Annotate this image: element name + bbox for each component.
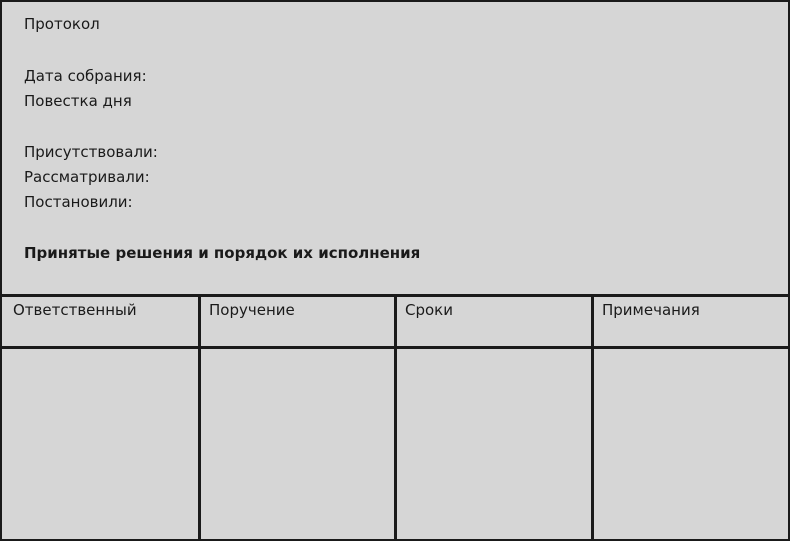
column-header-label: Поручение: [209, 300, 295, 320]
table-cell-assignment[interactable]: [201, 349, 394, 539]
column-header-responsible: Ответственный: [2, 297, 198, 349]
column-header-notes: Примечания: [591, 297, 788, 349]
column-divider: [591, 297, 594, 539]
document-title: Протокол: [24, 14, 100, 34]
column-header-label: Ответственный: [13, 300, 137, 320]
table-cell-deadline[interactable]: [397, 349, 591, 539]
table-cell-notes[interactable]: [594, 349, 788, 539]
field-attendees: Присутствовали:: [24, 142, 158, 162]
protocol-form: Протокол Дата собрания: Повестка дня При…: [0, 0, 790, 541]
field-resolved: Постановили:: [24, 192, 133, 212]
field-considered: Рассматривали:: [24, 167, 150, 187]
field-agenda: Повестка дня: [24, 91, 132, 111]
column-header-deadline: Сроки: [394, 297, 591, 349]
column-header-label: Сроки: [405, 300, 453, 320]
field-meeting-date: Дата собрания:: [24, 66, 147, 86]
protocol-header-block: Протокол Дата собрания: Повестка дня При…: [2, 2, 788, 297]
column-header-label: Примечания: [602, 300, 700, 320]
column-divider: [198, 297, 201, 539]
table-cell-responsible[interactable]: [2, 349, 198, 539]
section-heading: Принятые решения и порядок их исполнения: [24, 243, 420, 263]
column-divider: [394, 297, 397, 539]
column-header-assignment: Поручение: [198, 297, 394, 349]
decisions-table: Ответственный Поручение Сроки Примечания: [2, 297, 788, 539]
